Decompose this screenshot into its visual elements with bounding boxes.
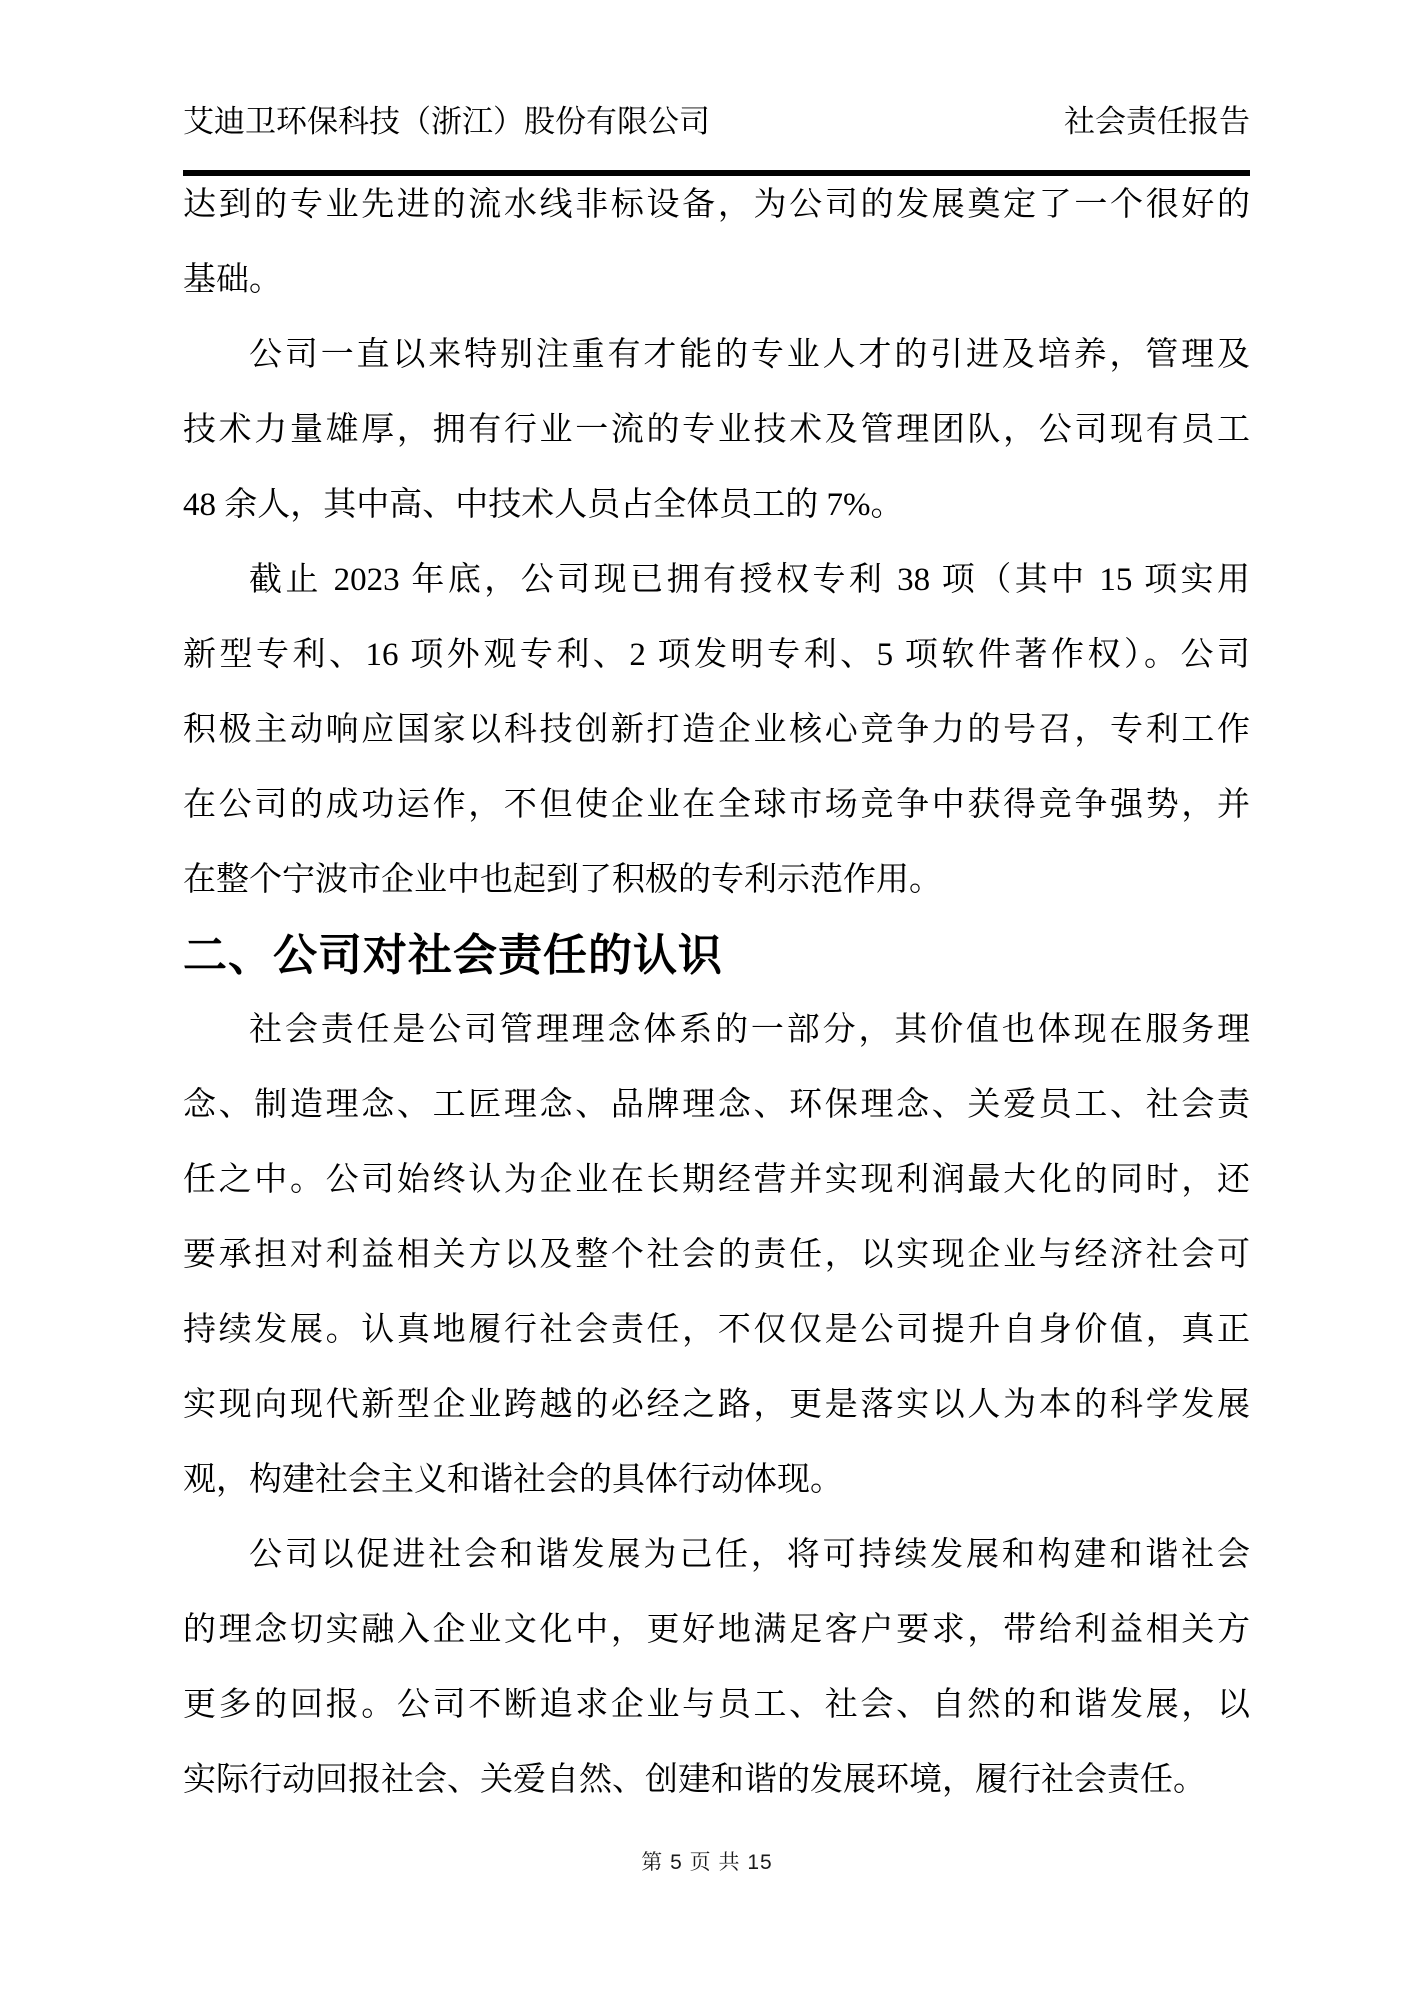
page-header-row: 艾迪卫环保科技（浙江）股份有限公司 社会责任报告	[183, 100, 1250, 144]
page-header: 艾迪卫环保科技（浙江）股份有限公司 社会责任报告	[183, 100, 1250, 176]
text-line: 截止 2023 年底，公司现已拥有授权专利 38 项（其中 15 项实用	[183, 543, 1250, 618]
header-report-title: 社会责任报告	[1064, 100, 1250, 144]
text-line: 任之中。公司始终认为企业在长期经营并实现利润最大化的同时，还	[183, 1143, 1250, 1218]
document-body: 达到的专业先进的流水线非标设备，为公司的发展奠定了一个很好的基础。公司一直以来特…	[183, 168, 1250, 1818]
text-line: 更多的回报。公司不断追求企业与员工、社会、自然的和谐发展，以	[183, 1668, 1250, 1743]
text-line: 社会责任是公司管理理念体系的一部分，其价值也体现在服务理	[183, 993, 1250, 1068]
page-number-label: 第 5 页 共 15	[641, 1851, 772, 1874]
text-line: 达到的专业先进的流水线非标设备，为公司的发展奠定了一个很好的	[183, 168, 1250, 243]
text-line: 要承担对利益相关方以及整个社会的责任，以实现企业与经济社会可	[183, 1218, 1250, 1293]
text-line: 观，构建社会主义和谐社会的具体行动体现。	[183, 1443, 1250, 1518]
text-line: 实现向现代新型企业跨越的必经之路，更是落实以人为本的科学发展	[183, 1368, 1250, 1443]
page-footer: 第 5 页 共 15	[0, 1846, 1414, 1876]
text-line: 公司一直以来特别注重有才能的专业人才的引进及培养，管理及	[183, 318, 1250, 393]
text-line: 实际行动回报社会、关爱自然、创建和谐的发展环境，履行社会责任。	[183, 1743, 1250, 1818]
text-line: 公司以促进社会和谐发展为己任，将可持续发展和构建和谐社会	[183, 1518, 1250, 1593]
section-heading: 二、公司对社会责任的认识	[183, 918, 1250, 993]
document-page: 艾迪卫环保科技（浙江）股份有限公司 社会责任报告 达到的专业先进的流水线非标设备…	[0, 0, 1414, 2000]
text-line: 念、制造理念、工匠理念、品牌理念、环保理念、关爱员工、社会责	[183, 1068, 1250, 1143]
text-line: 积极主动响应国家以科技创新打造企业核心竞争力的号召，专利工作	[183, 693, 1250, 768]
text-line: 48 余人，其中高、中技术人员占全体员工的 7%。	[183, 468, 1250, 543]
text-line: 持续发展。认真地履行社会责任，不仅仅是公司提升自身价值，真正	[183, 1293, 1250, 1368]
header-company-name: 艾迪卫环保科技（浙江）股份有限公司	[183, 100, 710, 144]
text-line: 的理念切实融入企业文化中，更好地满足客户要求，带给利益相关方	[183, 1593, 1250, 1668]
text-line: 基础。	[183, 243, 1250, 318]
text-line: 在公司的成功运作，不但使企业在全球市场竞争中获得竞争强势，并	[183, 768, 1250, 843]
text-line: 在整个宁波市企业中也起到了积极的专利示范作用。	[183, 843, 1250, 918]
text-line: 新型专利、16 项外观专利、2 项发明专利、5 项软件著作权）。公司	[183, 618, 1250, 693]
text-line: 技术力量雄厚，拥有行业一流的专业技术及管理团队，公司现有员工	[183, 393, 1250, 468]
